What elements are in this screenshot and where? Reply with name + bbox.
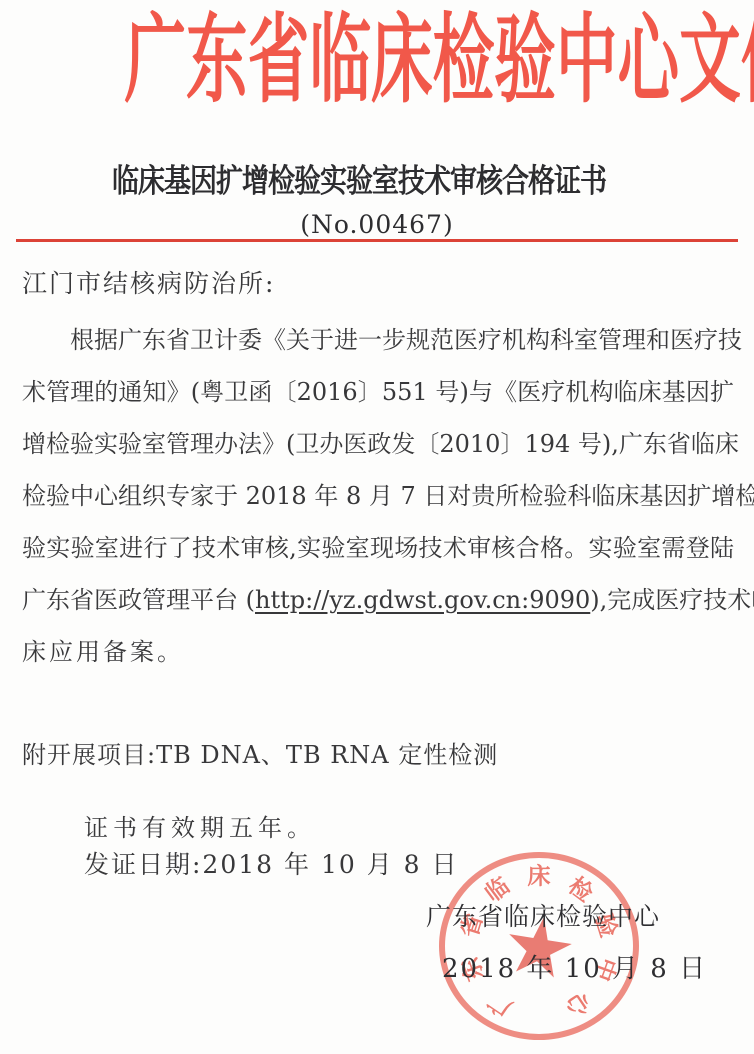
recipient-line: 江门市结核病防治所:	[22, 264, 275, 300]
body-line-6: 广东省医政管理平台 (http://yz.gdwst.gov.cn:9090),…	[22, 574, 734, 626]
seal-ring-char: 广	[480, 986, 518, 1026]
validity-line: 证书有效期五年。	[84, 808, 316, 843]
signature-date: 2018 年 10 月 8 日	[442, 948, 707, 985]
body-line-4: 检验中心组织专家于 2018 年 8 月 7 日对贵所检验科临床基因扩增检	[22, 470, 734, 522]
official-seal: 广 东 省 临 床 检 验 中 心	[439, 852, 639, 1040]
platform-url: http://yz.gdwst.gov.cn:9090	[255, 586, 590, 614]
attachment-projects-line: 附开展项目:TB DNA、TB RNA 定性检测	[22, 735, 498, 770]
body-line-7: 床应用备案。	[22, 626, 734, 678]
body-line-3: 增检验实验室管理办法》(卫办医政发〔2010〕194 号),广东省临床	[22, 418, 734, 470]
body-line-2: 术管理的通知》(粤卫函〔2016〕551 号)与《医疗机构临床基因扩	[22, 366, 734, 418]
seal-ring-char: 床	[528, 858, 551, 891]
signature-org-name: 广东省临床检验中心	[426, 897, 660, 933]
org-title: 广东省临床检验中心文件	[124, 8, 629, 112]
doc-title: 临床基因扩增检验实验室技术审核合格证书	[0, 155, 718, 201]
header-rule	[16, 239, 738, 242]
document-page: 广东省临床检验中心文件 临床基因扩增检验实验室技术审核合格证书 (No.0046…	[0, 0, 754, 1054]
body-line-5: 验实验室进行了技术审核,实验室现场技术审核合格。实验室需登陆	[22, 522, 734, 574]
seal-ring-char: 心	[561, 986, 599, 1026]
issue-date-line: 发证日期:2018 年 10 月 8 日	[84, 845, 459, 881]
body-line-1: 根据广东省卫计委《关于进一步规范医疗机构科室管理和医疗技	[22, 314, 734, 366]
body-paragraph: 根据广东省卫计委《关于进一步规范医疗机构科室管理和医疗技 术管理的通知》(粤卫函…	[22, 314, 734, 678]
body-line-6-prefix: 广东省医政管理平台 (	[22, 586, 255, 614]
body-line-6-suffix: ),完成医疗技术临	[590, 586, 754, 614]
doc-number: (No.00467)	[0, 210, 754, 239]
